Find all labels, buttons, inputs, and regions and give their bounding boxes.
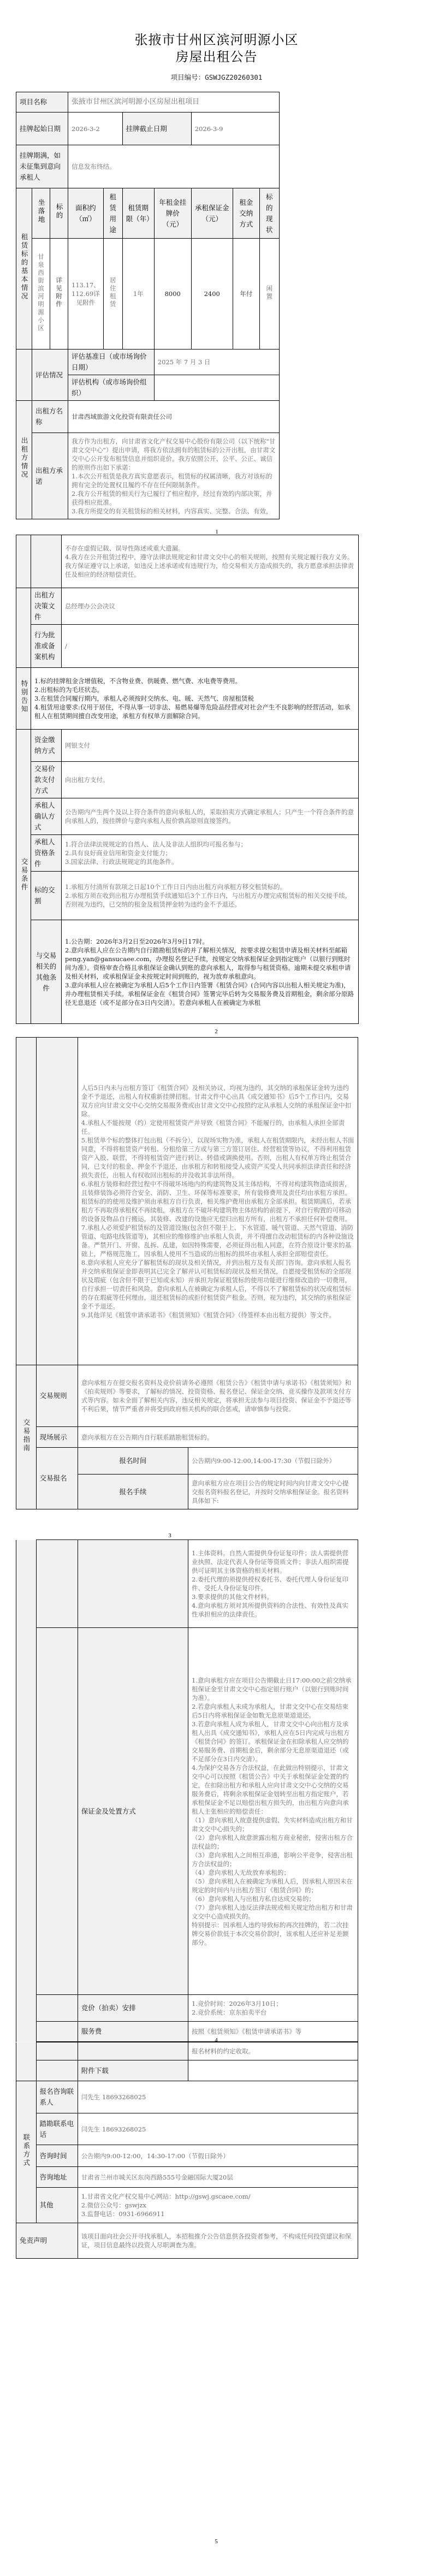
- disclaimer-row: 免责声明 该项目面向社会公开寻找承租人，本招租推介公告信息供各投资者参考，不构成…: [16, 2223, 358, 2259]
- document-title: 张掖市甘州区滨河明源小区 房屋出租公告: [0, 32, 433, 66]
- auction-value: 1.竞价时间：2026年3月10日； 2.竞价系统：京东拍卖平台: [188, 1995, 358, 2022]
- trade-rules-label: 交易规则: [36, 1365, 78, 1427]
- site-value: 意向承租方在公告期内自行联系踏勘租赁标的。: [78, 1427, 358, 1448]
- main-table-p4: 1.主体资料。自然人需提供身份证复印件；法人需提供营业执照、法定代表人身份证等资…: [16, 1539, 358, 2042]
- lessor-name-row: 出租方情况 出租方名称 甘肃西域旅游文化投资有限责任公司: [16, 401, 280, 433]
- col-location: 坐落地: [32, 188, 50, 239]
- reg-time-value: 公告期内9:00-12:00,14:00-17:30（节假日除外）: [188, 1448, 358, 1474]
- fee-value-p5: 报名材料的约定收取。: [188, 2042, 358, 2060]
- main-table-p1: 项目名称 张掖市甘州区滨河明源小区房屋出租项目 挂牌起始日期 2026-3-2 …: [16, 92, 280, 519]
- commitment-text-p2: 不存在虚假记载、误导性陈述或重大遗漏。 4.我方在公开租赁过程中，遵守法律法规规…: [62, 535, 359, 588]
- other-contact-value: 1.甘肃省文化产权交易中心网站：http://gswj.gscaee.com/ …: [78, 2188, 358, 2223]
- cell-area: 113.17、112.69详见附件: [68, 239, 104, 350]
- commitment-continued-row: 不存在虚假记载、误导性陈述或重大遗漏。 4.我方在公开租赁过程中，遵守法律法规规…: [16, 535, 359, 588]
- cell-location: 甘泉西街滨河明源小区: [32, 239, 50, 350]
- main-table-p2: 不存在虚假记载、误导性陈述或重大遗漏。 4.我方在公开租赁过程中，遵守法律法规规…: [16, 535, 359, 1024]
- other-contact-row: 其他 1.甘肃省文化产权交易中心网站：http://gswj.gscaee.co…: [16, 2188, 358, 2223]
- decision-row: 出租方决策文件 总经理办公会决议: [16, 588, 359, 625]
- start-date-value: 2026-3-2: [68, 112, 123, 145]
- start-date-label: 挂牌起始日期: [16, 112, 68, 145]
- lessor-name-label: 出租方名称: [32, 401, 68, 433]
- blank-cell: [16, 1540, 37, 2042]
- approval-label: 行为批准或备案机构: [31, 625, 62, 668]
- special-notice-label: 特别告知: [16, 668, 31, 730]
- expiry-label: 挂牌期满，如未征集到意向承租人: [16, 145, 68, 188]
- blank-cell: [36, 2022, 78, 2042]
- row-expiry: 挂牌期满，如未征集到意向承租人 信息发布终结。: [16, 145, 280, 188]
- approval-value: /: [62, 625, 359, 668]
- hours-value: 公告期内9:00-12:00，14:30-17:00（节假日除外）: [78, 2145, 358, 2167]
- reg-proc-continued-row: 1.主体资料。自然人需提供身份证复印件；法人需提供营业执照、法定代表人身份证等资…: [16, 1540, 358, 1628]
- address-label: 咨询地址: [36, 2167, 78, 2188]
- qualification-value: 1.符合法律法规规定的自然人、法人及非法人组织均可报名参与； 2.具有良好商业信…: [62, 835, 359, 872]
- blank-cell: [36, 1995, 78, 2022]
- lease-data-row: 甘泉西街滨河明源小区 详见附件 113.17、112.69详见附件 居住租赁 1…: [16, 239, 280, 350]
- lessor-commitment-row: 出租方承诺 我方作为出租方，向甘肃省文化产权交易中心股份有限公司（以下统称"甘肃…: [16, 433, 280, 519]
- payment-method-label: 资金缴纳方式: [31, 730, 62, 762]
- blank-cell: [16, 1038, 37, 1365]
- blank-cell: [36, 2042, 78, 2060]
- other-contact-label: 其他: [36, 2188, 78, 2223]
- price-payment-row: 交易价款支付方式 向出租方支付。: [16, 762, 359, 798]
- download-row: 附件下载: [16, 2060, 358, 2081]
- deposit-value: 1.意向承租方应在项目公告期截止日17:00:00之前交纳承租保证金至甘肃文交中…: [188, 1628, 358, 1995]
- end-date-value: 2026-3-9: [191, 112, 279, 145]
- auction-row: 竞价（拍卖）安排 1.竞价时间：2026年3月10日； 2.竞价系统：京东拍卖平…: [16, 1995, 358, 2022]
- address-value: 甘肃省兰州市城关区东岗西路555号金融国际大厦20层: [78, 2167, 358, 2188]
- reg-proc-label: 报名手续: [78, 1474, 188, 1509]
- survey-contact-label: 踏勘联系电话: [36, 2113, 78, 2145]
- reg-proc-p4: 1.主体资料。自然人需提供身份证复印件；法人需提供营业执照、法定代表人身份证等资…: [188, 1540, 358, 1628]
- col-term: 租赁期限（年）: [122, 188, 154, 239]
- lease-section-label: 租赁标的基本情况: [16, 188, 32, 350]
- download-value[interactable]: [188, 2060, 358, 2081]
- website-link[interactable]: 1.甘肃省文化产权交易中心网站：http://gswj.gscaee.com/: [81, 2192, 354, 2201]
- payment-method-value: 网银支付: [62, 730, 359, 762]
- commitment-text-p1: 我方作为出租方，向甘肃省文化产权交易中心股份有限公司（以下统称"甘肃文交中心"）…: [68, 433, 280, 519]
- trade-guide-label: 交易指南: [16, 1365, 37, 1509]
- auction-label: 竞价（拍卖）安排: [78, 1995, 188, 2022]
- price-payment-label: 交易价款支付方式: [31, 762, 62, 798]
- cell-use: 居住租赁: [103, 239, 122, 350]
- blank-cell: [78, 2042, 188, 2060]
- main-table-p5: 报名材料的约定收取。 附件下载 联系方式 报名咨询联系人 闫先生 1869326…: [16, 2042, 358, 2259]
- price-payment-value: 向出租方支付。: [62, 762, 359, 798]
- blank-cell: [36, 1628, 78, 1995]
- blank-cell: [16, 588, 31, 668]
- blank-cell: [16, 350, 32, 401]
- page-number-5: 5: [211, 2538, 222, 2545]
- trade-conditions-label: 交易条件: [16, 730, 31, 1024]
- payment-method-row: 交易条件 资金缴纳方式 网银支付: [16, 730, 359, 762]
- download-label[interactable]: 附件下载: [78, 2060, 188, 2081]
- cell-subject: 详见附件: [50, 239, 68, 350]
- confirm-row: 承租人确认方式 公告期内产生两个及以上符合条件的意向承租人的，采取拍卖方式确定承…: [16, 798, 359, 835]
- fee-row: 服务费 按照《租赁须知》《租赁申请承诺书》等: [16, 2022, 358, 2042]
- expiry-value: 信息发布终结。: [68, 145, 280, 188]
- blank-cell: [16, 2042, 37, 2081]
- disclaimer-value: 该项目面向社会公开寻找承租人，本招租推介公告信息供各投资者参考，不构成任何投资建…: [78, 2223, 358, 2259]
- special-notice-text: 1.标的挂牌租金含增值税，不含物业费、供暖费、燃气费、水电费等费用。 2.出租标…: [31, 668, 359, 730]
- hours-row: 咨询时间 公告期内9:00-12:00，14:30-17:00（节假日除外）: [16, 2145, 358, 2167]
- other-conditions-row: 与交易相关的其他条件 1.公告期：2026年3月2日至2026年3月9日17时。…: [16, 920, 359, 1024]
- site-label: 现场展示: [36, 1427, 78, 1448]
- blank-cell: [78, 1540, 188, 1628]
- approval-row: 行为批准或备案机构 /: [16, 625, 359, 668]
- confirm-label: 承租人确认方式: [31, 798, 62, 835]
- eval-date-label: 评估基准日（或市场询价日期）: [68, 350, 155, 375]
- trade-rules-value: 意向承租方在提交报名资料及竞价前请务必遵照《租赁公告》《租赁申请与承诺书》《租赁…: [78, 1365, 358, 1427]
- commitment-label: 出租方承诺: [32, 433, 68, 519]
- reg-contact-value: 闫先生 18693268025: [78, 2081, 358, 2113]
- reg-proc-value: 意向承租方应在项目公告的规定时间内向甘肃文交中心提交报名资料报名登记，并按时交纳…: [188, 1474, 358, 1509]
- reg-contact-label: 报名咨询联系人: [36, 2081, 78, 2113]
- registration-label: 交易报名: [36, 1448, 78, 1509]
- trade-rules-row: 交易指南 交易规则 意向承租方在提交报名资料及竞价前请务必遵照《租赁公告》《租赁…: [16, 1365, 358, 1427]
- row-project-name: 项目名称 张掖市甘州区滨河明源小区房屋出租项目: [16, 92, 280, 112]
- address-row: 咨询地址 甘肃省兰州市城关区东岗西路555号金融国际大厦20层: [16, 2167, 358, 2188]
- page-number-2: 2: [211, 1028, 222, 1035]
- project-name-value: 张掖市甘州区滨河明源小区房屋出租项目: [68, 92, 280, 112]
- row-listing-dates: 挂牌起始日期 2026-3-2 挂牌截止日期 2026-3-9: [16, 112, 280, 145]
- disclaimer-label: 免责声明: [16, 2223, 78, 2259]
- evaluation-label: 评估情况: [32, 350, 68, 401]
- blank-cell: [36, 1540, 78, 1628]
- handover-value: 1.承租方付清所有款项之日起10个工作日日内由出租方向承租方移交租赁标的。 2.…: [62, 872, 359, 920]
- lessor-name-value: 甘肃西域旅游文化投资有限责任公司: [68, 401, 280, 433]
- contact-section-label: 联系方式: [16, 2081, 37, 2223]
- reg-time-label: 报名时间: [78, 1448, 188, 1474]
- col-payment: 租金交纳方式: [233, 188, 259, 239]
- survey-contact-value: 闫先生 18693268025: [78, 2113, 358, 2145]
- title-line-1: 张掖市甘州区滨河明源小区: [0, 32, 433, 49]
- confirm-value: 公告期内产生两个及以上符合条件的意向承租人的，采取拍卖方式确定承租人；只产生一个…: [62, 798, 359, 835]
- decision-label: 出租方决策文件: [31, 588, 62, 625]
- col-rent: 年租金挂牌价（元）: [154, 188, 191, 239]
- lease-header-row: 租赁标的基本情况 坐落地 标的 面积约（㎡） 租赁用途 租赁期限（年） 年租金挂…: [16, 188, 280, 239]
- cell-status: 闲置: [259, 239, 279, 350]
- other-conditions-continued-row: 人后5日内未与出租方签订《租赁合同》及相关协议，均视为违约，其交纳的承租保证金转…: [16, 1038, 358, 1365]
- hours-label: 咨询时间: [36, 2145, 78, 2167]
- qualification-label: 承租人资格条件: [31, 835, 62, 872]
- main-table-p3: 人后5日内未与出租方签订《租赁合同》及相关协议，均视为违约，其交纳的承租保证金转…: [16, 1037, 358, 1509]
- project-name-label: 项目名称: [16, 92, 68, 112]
- eval-date-value: 2025 年 7 月 3 日: [154, 350, 279, 375]
- blank-cell: [36, 2060, 78, 2081]
- eval-org-value: [154, 375, 279, 401]
- reg-time-row: 交易报名 报名时间 公告期内9:00-12:00,14:00-17:30（节假日…: [16, 1448, 358, 1474]
- lessor-section-label: 出租方情况: [16, 401, 32, 519]
- site-row: 现场展示 意向承租方在公告期内自行联系踏勘租赁标的。: [16, 1427, 358, 1448]
- blank-cell: [16, 535, 31, 588]
- col-use: 租赁用途: [103, 188, 122, 239]
- deposit-label: 保证金及处置方式: [78, 1628, 188, 1995]
- col-subject: 标的: [50, 188, 68, 239]
- title-line-2: 房屋出租公告: [0, 49, 433, 66]
- col-deposit: 承租保证金（元）: [191, 188, 233, 239]
- handover-label: 标的交割: [31, 872, 62, 920]
- col-status: 标的现状: [259, 188, 279, 239]
- cell-rent: 8000: [154, 239, 191, 350]
- deposit-row: 保证金及处置方式 1.意向承租方应在项目公告期截止日17:00:00之前交纳承租…: [16, 1628, 358, 1995]
- other-conditions-p2: 1.公告期：2026年3月2日至2026年3月9日17时。 2.意向承租人应在公…: [62, 920, 359, 1024]
- eval-date-row: 评估情况 评估基准日（或市场询价日期） 2025 年 7 月 3 日: [16, 350, 280, 375]
- qualification-row: 承租人资格条件 1.符合法律法规规定的自然人、法人及非法人组织均可报名参与； 2…: [16, 835, 359, 872]
- end-date-label: 挂牌截止日期: [122, 112, 191, 145]
- cell-term: 1年: [122, 239, 154, 350]
- reg-contact-row: 联系方式 报名咨询联系人 闫先生 18693268025: [16, 2081, 358, 2113]
- other-conditions-label: 与交易相关的其他条件: [31, 920, 62, 1024]
- cell-deposit: 2400: [191, 239, 233, 350]
- cell-payment: 年付: [233, 239, 259, 350]
- blank-cell: [31, 535, 62, 588]
- survey-contact-row: 踏勘联系电话 闫先生 18693268025: [16, 2113, 358, 2145]
- other-conditions-p3: 人后5日内未与出租方签订《租赁合同》及相关协议，均视为违约，其交纳的承租保证金转…: [78, 1038, 358, 1365]
- blank-cell: [36, 1038, 78, 1365]
- special-notice-row: 特别告知 1.标的挂牌租金含增值税，不含物业费、供暖费、燃气费、水电费等费用。 …: [16, 668, 359, 730]
- eval-org-label: 评估机构（或市场询价组织）: [68, 375, 155, 401]
- fee-label: 服务费: [78, 2022, 188, 2042]
- decision-value: 总经理办公会决议: [62, 588, 359, 625]
- fee-continued-row: 报名材料的约定收取。: [16, 2042, 358, 2060]
- page-number-3: 3: [164, 1532, 175, 1539]
- col-area: 面积约（㎡）: [68, 188, 104, 239]
- project-number: 项目编号：GSWJGZ20260301: [0, 72, 433, 82]
- handover-row: 标的交割 1.承租方付清所有款项之日起10个工作日日内由出租方向承租方移交租赁标…: [16, 872, 359, 920]
